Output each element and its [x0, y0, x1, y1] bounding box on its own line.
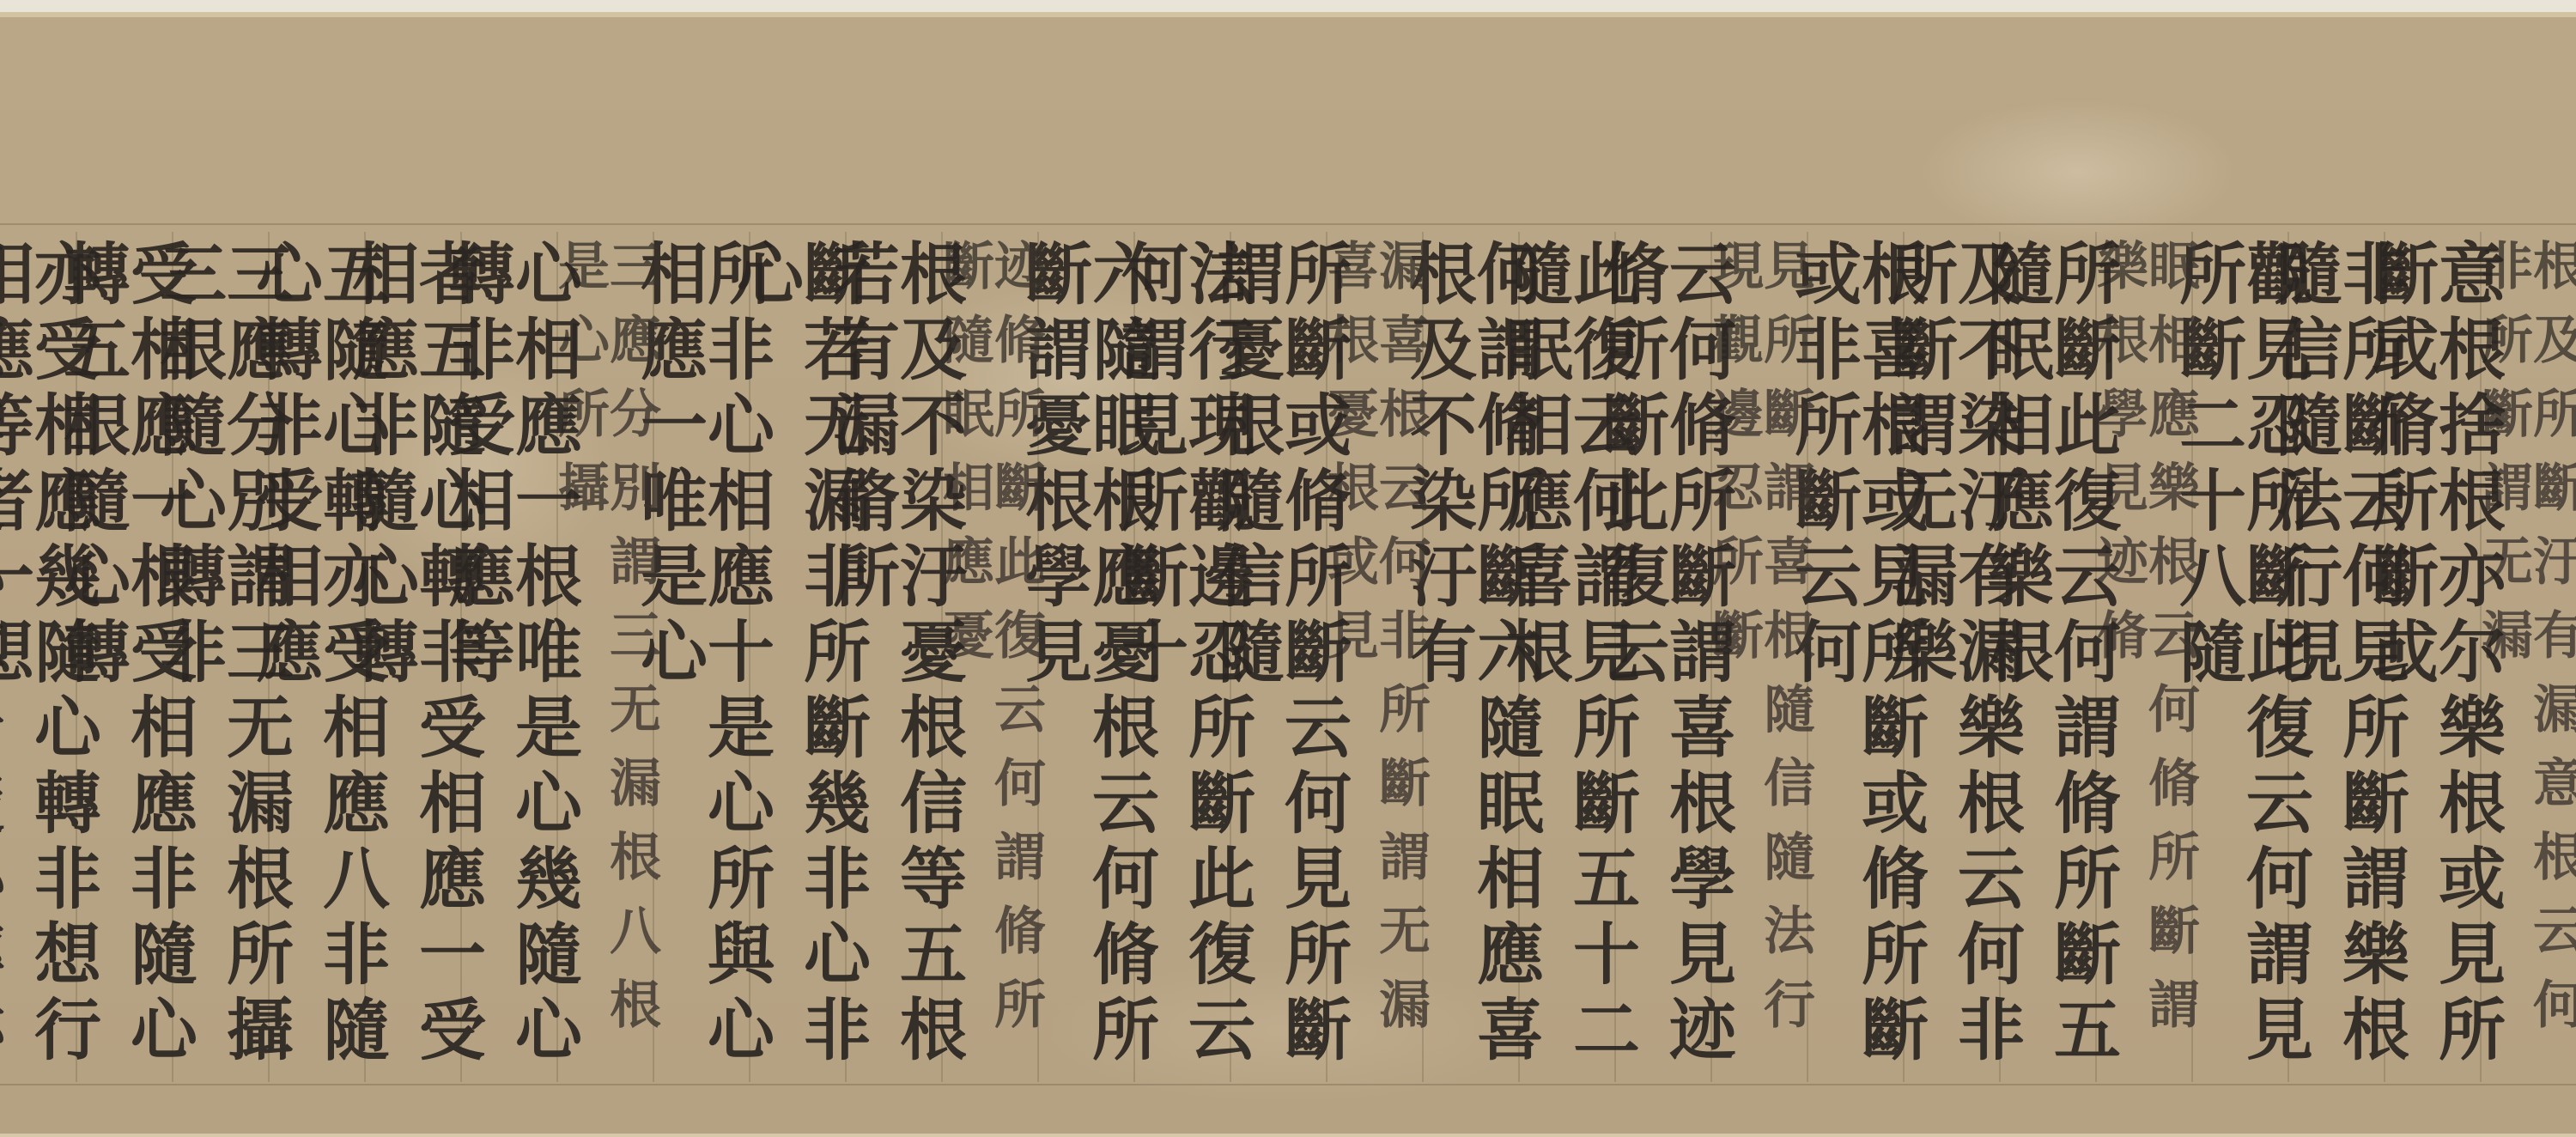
column-12: 何謂脩所斷六隨眠相應喜根及不染汙有 — [1422, 232, 1518, 1082]
column-27: 亦受相應幾隨心轉非想行相應等者一想 — [0, 232, 76, 1082]
manuscript-scroll: 根及所斷汙有漏意根云何非所斷謂无漏 意根捨根亦尔樂根或見所斷或脩所斷或 非所斷云… — [0, 12, 2576, 1137]
column-16: 六隨眠根應憂根云何脩所斷謂憂根學見 — [1037, 232, 1133, 1082]
column-text: 亦受相應幾隨心轉非想行相應等者一想 — [0, 232, 95, 1082]
column-4: 觀見忍所斷此復云何謂見所斷二十八隨 — [2191, 232, 2287, 1082]
text-columns: 根及所斷汙有漏意根云何非所斷謂无漏 意根捨根亦尔樂根或見所斷或脩所斷或 非所斷云… — [0, 232, 2576, 1082]
column-20: 所非心相應十是心所與心相應一唯是心 — [653, 232, 749, 1082]
column-8: 根喜根或見所斷或脩所斷或非所斷云何 — [1807, 232, 1903, 1082]
